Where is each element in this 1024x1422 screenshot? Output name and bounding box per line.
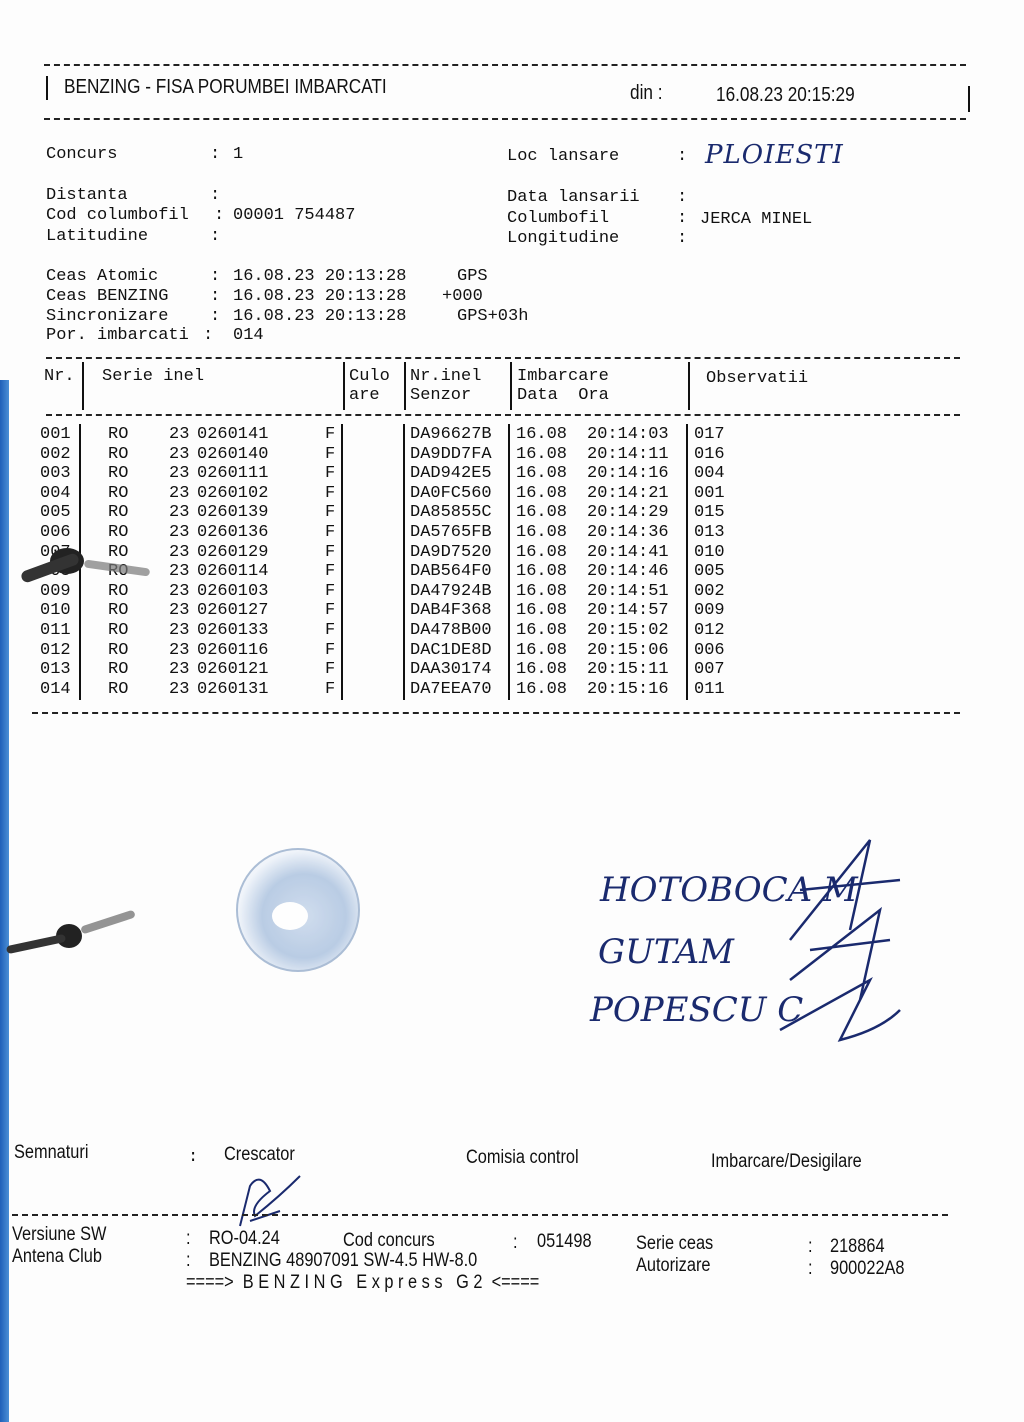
latitudine-label: Latitudine — [46, 227, 148, 247]
binder-clip-arm — [80, 910, 136, 935]
cell-obs: 011 — [694, 680, 725, 700]
cell-ring: 0260103 — [197, 582, 268, 602]
distanta-label: Distanta — [46, 186, 128, 206]
cell-ring: 0260116 — [197, 641, 268, 661]
cell-obs: 010 — [694, 543, 725, 563]
cell-obs: 005 — [694, 562, 725, 582]
ceas-benzing-value: 16.08.23 20:13:28 — [233, 287, 406, 307]
concurs-value: 1 — [233, 145, 243, 165]
cell-ring: 0260133 — [197, 621, 268, 641]
colon: : — [186, 1250, 191, 1272]
cell-year: 23 — [169, 660, 189, 680]
colon: : — [210, 287, 220, 307]
cell-date: 16.08 — [516, 660, 567, 680]
cell-ring: 0260121 — [197, 660, 268, 680]
cell-time: 20:14:51 — [587, 582, 669, 602]
cell-time: 20:14:11 — [587, 445, 669, 465]
cell-country: RO — [108, 601, 128, 621]
cell-ring: 0260114 — [197, 562, 268, 582]
colon: : — [677, 147, 687, 167]
cell-sex: F — [325, 543, 335, 563]
cell-time: 20:15:11 — [587, 660, 669, 680]
colon: : — [808, 1236, 813, 1258]
col-culoare-header-1: Culo — [349, 367, 390, 387]
cell-ring: 0260140 — [197, 445, 268, 465]
cell-sex: F — [325, 601, 335, 621]
cell-sex: F — [325, 484, 335, 504]
ceas-benzing-suffix: +000 — [442, 287, 483, 307]
cell-year: 23 — [169, 445, 189, 465]
ceas-benzing-label: Ceas BENZING — [46, 287, 168, 307]
cell-ring: 0260141 — [197, 425, 268, 445]
cell-sensor: DA0FC560 — [410, 484, 492, 504]
cod-concurs-value: 051498 — [537, 1231, 592, 1253]
cell-date: 16.08 — [516, 445, 567, 465]
cell-year: 23 — [169, 582, 189, 602]
cell-country: RO — [108, 680, 128, 700]
cell-date: 16.08 — [516, 680, 567, 700]
cell-time: 20:15:16 — [587, 680, 669, 700]
col-nr-header: Nr. — [44, 367, 75, 387]
cell-nr: 004 — [40, 484, 71, 504]
cell-country: RO — [108, 641, 128, 661]
cell-ring: 0260136 — [197, 523, 268, 543]
cell-country: RO — [108, 523, 128, 543]
cell-country: RO — [108, 582, 128, 602]
cell-sex: F — [325, 582, 335, 602]
cell-nr: 003 — [40, 464, 71, 484]
cell-year: 23 — [169, 425, 189, 445]
cell-sex: F — [325, 621, 335, 641]
divider — [341, 424, 343, 700]
ceas-atomic-label: Ceas Atomic — [46, 267, 158, 287]
cell-time: 20:15:02 — [587, 621, 669, 641]
cell-country: RO — [108, 503, 128, 523]
antena-club-value: BENZING 48907091 SW-4.5 HW-8.0 — [209, 1250, 477, 1272]
cell-sex: F — [325, 562, 335, 582]
cell-year: 23 — [169, 523, 189, 543]
divider — [46, 357, 960, 359]
cell-obs: 007 — [694, 660, 725, 680]
col-senzor-header-2: Senzor — [410, 386, 471, 406]
divider — [404, 362, 406, 410]
sincronizare-value: 16.08.23 20:13:28 — [233, 307, 406, 327]
cell-nr: 013 — [40, 660, 71, 680]
divider — [403, 424, 405, 700]
concurs-label: Concurs — [46, 145, 117, 165]
semnaturi-label: Semnaturi — [14, 1142, 88, 1164]
colon: : — [677, 188, 687, 208]
colon: : — [210, 267, 220, 287]
cell-sensor: DA47924B — [410, 582, 492, 602]
report-date: 16.08.23 20:15:29 — [716, 84, 855, 107]
colon: : — [188, 1148, 198, 1168]
date-label: din : — [630, 82, 663, 105]
cell-sensor: DAA30174 — [410, 660, 492, 680]
cell-date: 16.08 — [516, 621, 567, 641]
cell-country: RO — [108, 484, 128, 504]
colon: : — [677, 209, 687, 229]
colon: : — [210, 227, 220, 247]
cell-date: 16.08 — [516, 562, 567, 582]
cell-sensor: DA9DD7FA — [410, 445, 492, 465]
divider — [343, 362, 345, 410]
cell-date: 16.08 — [516, 601, 567, 621]
cell-obs: 001 — [694, 484, 725, 504]
cell-country: RO — [108, 464, 128, 484]
cell-nr: 001 — [40, 425, 71, 445]
cell-date: 16.08 — [516, 582, 567, 602]
cell-obs: 016 — [694, 445, 725, 465]
cell-date: 16.08 — [516, 543, 567, 563]
cell-sensor: DA85855C — [410, 503, 492, 523]
cell-sensor: DA5765FB — [410, 523, 492, 543]
cell-obs: 006 — [694, 641, 725, 661]
autorizare-label: Autorizare — [636, 1255, 710, 1277]
divider — [44, 118, 966, 120]
divider — [12, 1214, 948, 1216]
comisia-control-label: Comisia control — [466, 1147, 579, 1169]
divider — [32, 712, 960, 714]
cell-nr: 006 — [40, 523, 71, 543]
por-imbarcati-value: 014 — [233, 326, 264, 346]
cell-sex: F — [325, 523, 335, 543]
cell-ring: 0260127 — [197, 601, 268, 621]
cell-nr: 005 — [40, 503, 71, 523]
cell-country: RO — [108, 425, 128, 445]
crescator-signature-icon — [220, 1166, 310, 1230]
cell-sex: F — [325, 464, 335, 484]
antena-club-label: Antena Club — [12, 1246, 102, 1268]
colon: : — [210, 186, 220, 206]
divider — [46, 76, 48, 100]
divider — [688, 362, 690, 410]
handwritten-name: GUTAM — [598, 932, 734, 972]
colon: : — [210, 307, 220, 327]
cell-sex: F — [325, 425, 335, 445]
cell-ring: 0260111 — [197, 464, 268, 484]
cell-year: 23 — [169, 621, 189, 641]
cell-ring: 0260129 — [197, 543, 268, 563]
divider — [686, 424, 688, 700]
cell-obs: 012 — [694, 621, 725, 641]
crescator-label: Crescator — [224, 1144, 295, 1166]
divider — [46, 414, 960, 416]
divider — [510, 362, 512, 410]
cell-obs: 002 — [694, 582, 725, 602]
cell-nr: 002 — [40, 445, 71, 465]
imbarcare-desigilare-label: Imbarcare/Desigilare — [711, 1151, 862, 1173]
cell-time: 20:14:03 — [587, 425, 669, 445]
versiune-sw-value: RO-04.24 — [209, 1228, 280, 1250]
background-edge — [0, 380, 9, 1422]
columbofil-value: JERCA MINEL — [700, 210, 812, 230]
club-stamp — [236, 848, 360, 972]
cod-columbofil-value: 00001 754487 — [233, 206, 355, 226]
cell-date: 16.08 — [516, 484, 567, 504]
colon: : — [186, 1228, 191, 1250]
cell-year: 23 — [169, 503, 189, 523]
cell-sex: F — [325, 660, 335, 680]
cell-sensor: DA96627B — [410, 425, 492, 445]
signature-scribble-icon — [770, 830, 910, 1050]
cell-year: 23 — [169, 601, 189, 621]
cell-country: RO — [108, 445, 128, 465]
colon: : — [513, 1232, 518, 1254]
cell-sensor: DA7EEA70 — [410, 680, 492, 700]
serie-ceas-value: 218864 — [830, 1236, 885, 1258]
cell-obs: 015 — [694, 503, 725, 523]
cell-nr: 011 — [40, 621, 71, 641]
cell-time: 20:14:16 — [587, 464, 669, 484]
cell-time: 20:14:21 — [587, 484, 669, 504]
cell-obs: 004 — [694, 464, 725, 484]
cell-date: 16.08 — [516, 464, 567, 484]
divider — [44, 64, 966, 66]
cell-sensor: DA9D7520 — [410, 543, 492, 563]
colon: : — [677, 229, 687, 249]
cell-country: RO — [108, 660, 128, 680]
cell-time: 20:14:57 — [587, 601, 669, 621]
cell-sensor: DAD942E5 — [410, 464, 492, 484]
colon: : — [214, 206, 224, 226]
cell-time: 20:14:29 — [587, 503, 669, 523]
col-imbarcare-header-2: Data Ora — [517, 386, 609, 406]
colon: : — [808, 1258, 813, 1280]
longitudine-label: Longitudine — [507, 229, 619, 249]
colon: : — [210, 145, 220, 165]
cell-time: 20:14:41 — [587, 543, 669, 563]
ceas-atomic-value: 16.08.23 20:13:28 — [233, 267, 406, 287]
cod-concurs-label: Cod concurs — [343, 1230, 435, 1252]
cell-time: 20:14:36 — [587, 523, 669, 543]
cell-ring: 0260139 — [197, 503, 268, 523]
cell-year: 23 — [169, 680, 189, 700]
cell-sensor: DAC1DE8D — [410, 641, 492, 661]
cell-time: 20:15:06 — [587, 641, 669, 661]
cell-nr: 010 — [40, 601, 71, 621]
document-title: BENZING - FISA PORUMBEI IMBARCATI — [64, 76, 387, 99]
cell-year: 23 — [169, 562, 189, 582]
divider — [508, 424, 510, 700]
cell-time: 20:14:46 — [587, 562, 669, 582]
cell-date: 16.08 — [516, 503, 567, 523]
versiune-sw-label: Versiune SW — [12, 1224, 106, 1246]
autorizare-value: 900022A8 — [830, 1258, 905, 1280]
cell-year: 23 — [169, 543, 189, 563]
cell-obs: 013 — [694, 523, 725, 543]
cell-country: RO — [108, 543, 128, 563]
col-culoare-header-2: are — [349, 386, 380, 406]
sincronizare-suffix: GPS+03h — [457, 307, 528, 327]
loc-lansare-label: Loc lansare — [507, 147, 619, 167]
por-imbarcati-label: Por. imbarcati — [46, 326, 189, 346]
divider — [968, 86, 970, 112]
document-header: BENZING - FISA PORUMBEI IMBARCATI din : … — [44, 64, 968, 120]
binder-clip-arm — [6, 934, 66, 954]
col-senzor-header-1: Nr.inel — [410, 367, 481, 387]
cell-sensor: DAB4F368 — [410, 601, 492, 621]
cell-date: 16.08 — [516, 523, 567, 543]
cell-sensor: DAB564F0 — [410, 562, 492, 582]
cell-nr: 009 — [40, 582, 71, 602]
cod-columbofil-label: Cod columbofil — [46, 206, 189, 226]
divider — [82, 362, 84, 410]
cell-year: 23 — [169, 641, 189, 661]
cell-country: RO — [108, 621, 128, 641]
cell-nr: 012 — [40, 641, 71, 661]
col-serie-header: Serie inel — [102, 367, 204, 387]
cell-sex: F — [325, 445, 335, 465]
cell-sex: F — [325, 680, 335, 700]
data-lansarii-label: Data lansarii — [507, 188, 640, 208]
cell-obs: 009 — [694, 601, 725, 621]
cell-year: 23 — [169, 464, 189, 484]
cell-obs: 017 — [694, 425, 725, 445]
colon: : — [203, 326, 213, 346]
cell-sex: F — [325, 503, 335, 523]
cell-sensor: DA478B00 — [410, 621, 492, 641]
cell-date: 16.08 — [516, 425, 567, 445]
brand-line: ====> B E N Z I N G E x p r e s s G 2 <=… — [186, 1272, 539, 1294]
cell-sex: F — [325, 641, 335, 661]
columbofil-label: Columbofil — [507, 209, 609, 229]
serie-ceas-label: Serie ceas — [636, 1233, 713, 1255]
loc-lansare-handwritten: PLOIESTI — [705, 140, 844, 170]
cell-year: 23 — [169, 484, 189, 504]
cell-ring: 0260131 — [197, 680, 268, 700]
cell-ring: 0260102 — [197, 484, 268, 504]
sincronizare-label: Sincronizare — [46, 307, 168, 327]
ceas-atomic-suffix: GPS — [457, 267, 488, 287]
col-imbarcare-header-1: Imbarcare — [517, 367, 609, 387]
cell-date: 16.08 — [516, 641, 567, 661]
col-observatii-header: Observatii — [706, 369, 808, 389]
cell-nr: 014 — [40, 680, 71, 700]
